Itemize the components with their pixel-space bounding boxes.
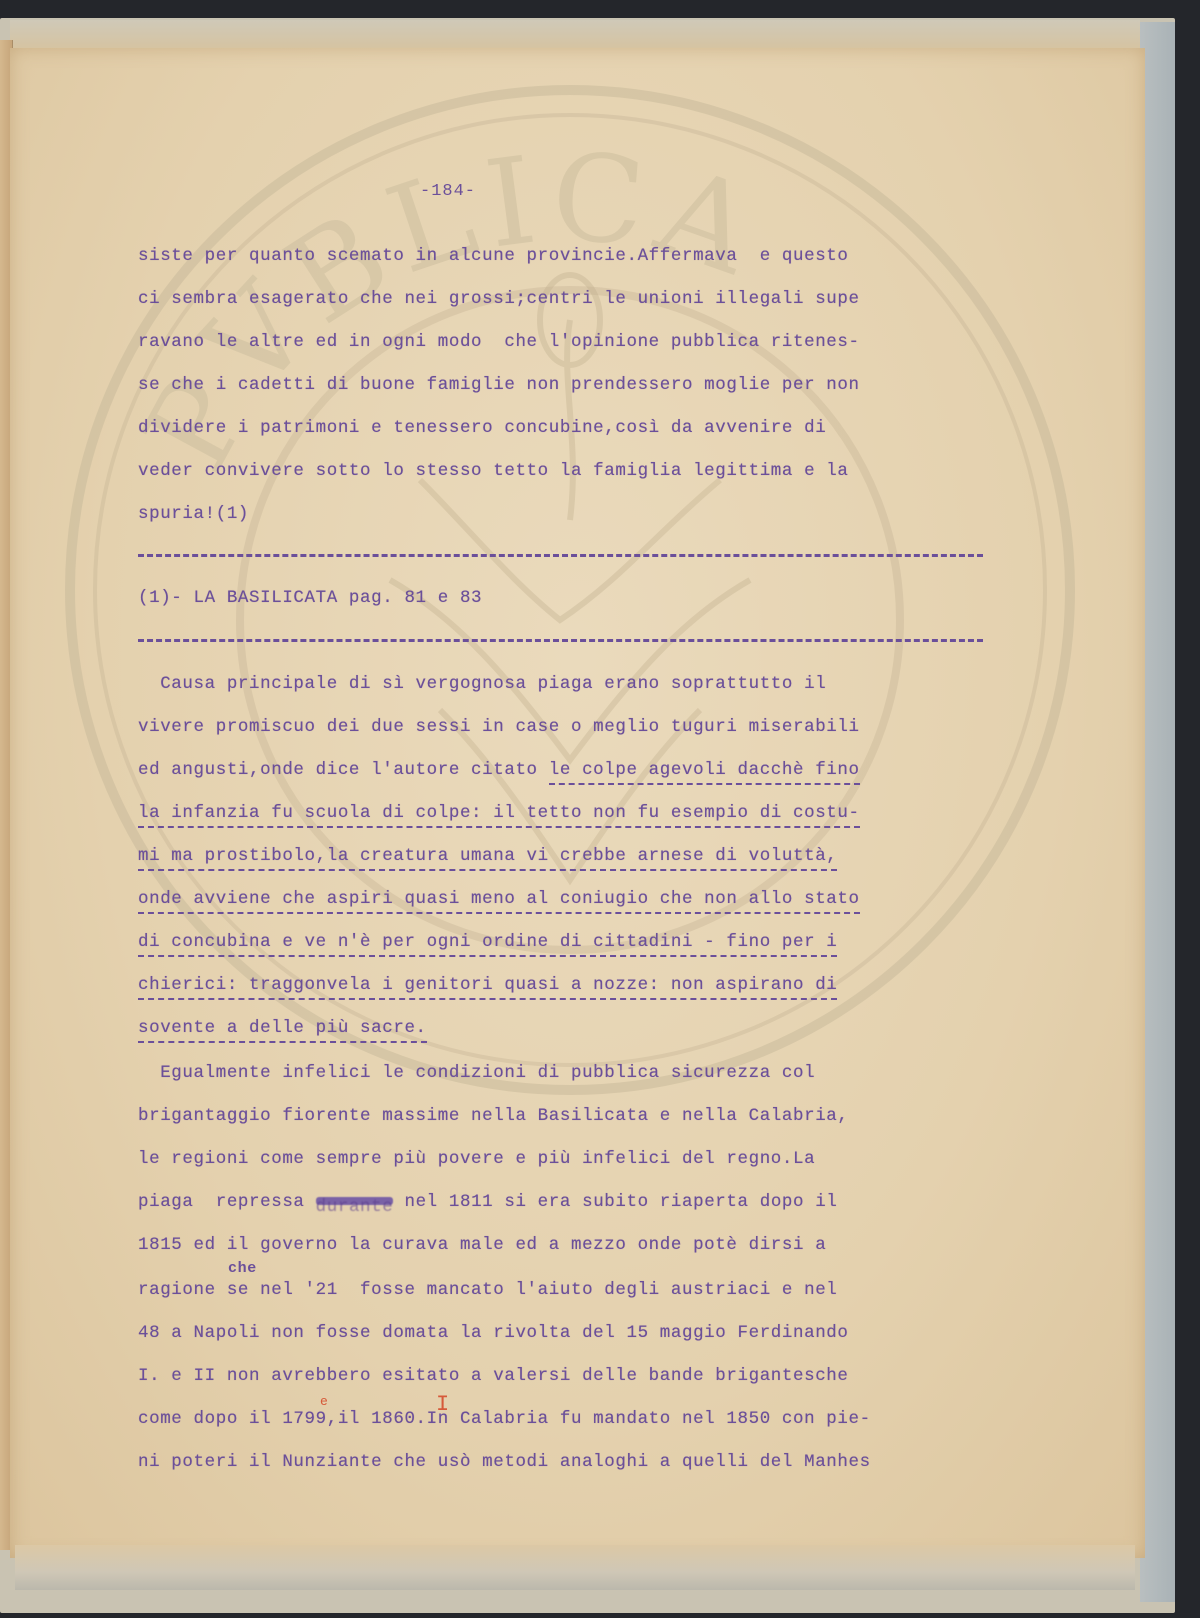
- underlined-quote-line: mi ma prostibolo,la creatura umana vi cr…: [138, 846, 837, 866]
- text-line: siste per quanto scemato in alcune provi…: [138, 246, 849, 266]
- underlined-quote: le colpe agevoli dacchè fino: [549, 760, 860, 785]
- red-correction-mark: e: [320, 1394, 328, 1409]
- underlined-quote-line: sovente a delle più sacre.: [138, 1018, 427, 1038]
- text-line: le regioni come sempre più povere e più …: [138, 1149, 815, 1169]
- underlined-quote-line: la infanzia fu scuola di colpe: il tetto…: [138, 803, 860, 823]
- text-segment: piaga repressa: [138, 1192, 316, 1212]
- text-line: come dopo il 1799,il 1860.In Calabria fu…: [138, 1409, 871, 1429]
- text-segment: nel 1811 si era subito riaperta dopo il: [393, 1192, 837, 1212]
- text-line: brigantaggio fiorente massime nella Basi…: [138, 1106, 849, 1126]
- text-line: dividere i patrimoni e tenessero concubi…: [138, 418, 826, 438]
- underlined-quote: di concubina e ve n'è per ogni ordine di…: [138, 932, 837, 957]
- text-line: se che i cadetti di buone famiglie non p…: [138, 375, 860, 395]
- text-line: vivere promiscuo dei due sessi in case o…: [138, 717, 860, 737]
- underlined-quote-line: onde avviene che aspiri quasi meno al co…: [138, 889, 860, 909]
- text-segment: ed angusti,onde dice l'autore citato: [138, 760, 549, 780]
- text-line: I. e II non avrebbero esitato a valersi …: [138, 1366, 849, 1386]
- underlined-quote: chierici: traggonvela i genitori quasi a…: [138, 975, 837, 1000]
- text-line: piaga repressa durante nel 1811 si era s…: [138, 1192, 837, 1212]
- page-top-edge: [10, 20, 1140, 50]
- footnote: (1)- LA BASILICATA pag. 81 e 83: [138, 588, 482, 608]
- text-line: 1815 ed il governo la curava male ed a m…: [138, 1235, 826, 1255]
- footnote-rule-bottom: [138, 639, 983, 642]
- text-line: ed angusti,onde dice l'autore citato le …: [138, 760, 860, 780]
- text-line: ci sembra esagerato che nei grossi;centr…: [138, 289, 860, 309]
- text-line: Egualmente infelici le condizioni di pub…: [138, 1063, 815, 1083]
- underlined-quote: la infanzia fu scuola di colpe: il tetto…: [138, 803, 860, 828]
- text-line: ni poteri il Nunziante che usò metodi an…: [138, 1452, 871, 1472]
- red-correction-mark: I: [436, 1392, 450, 1417]
- text-line: ravano le altre ed in ogni modo che l'op…: [138, 332, 860, 352]
- underlined-quote: onde avviene che aspiri quasi meno al co…: [138, 889, 860, 914]
- footnote-rule-top: [138, 554, 983, 557]
- page-bottom-edge: [15, 1545, 1135, 1590]
- text-line: veder convivere sotto lo stesso tetto la…: [138, 461, 849, 481]
- underlined-quote: sovente a delle più sacre.: [138, 1018, 427, 1043]
- text-line: ragione se nel '21 fosse mancato l'aiuto…: [138, 1280, 837, 1300]
- page-number: -184-: [420, 182, 476, 201]
- underlined-quote-line: chierici: traggonvela i genitori quasi a…: [138, 975, 837, 995]
- text-line: spuria!(1): [138, 504, 249, 524]
- text-line: Causa principale di sì vergognosa piaga …: [138, 674, 826, 694]
- underlined-quote: mi ma prostibolo,la creatura umana vi cr…: [138, 846, 837, 871]
- interlinear-insertion: che: [228, 1260, 257, 1277]
- text-line: 48 a Napoli non fosse domata la rivolta …: [138, 1323, 849, 1343]
- folder-edge: [1140, 22, 1175, 1602]
- underlined-quote-line: di concubina e ve n'è per ogni ordine di…: [138, 932, 837, 952]
- struck-out-word: durante: [316, 1197, 394, 1205]
